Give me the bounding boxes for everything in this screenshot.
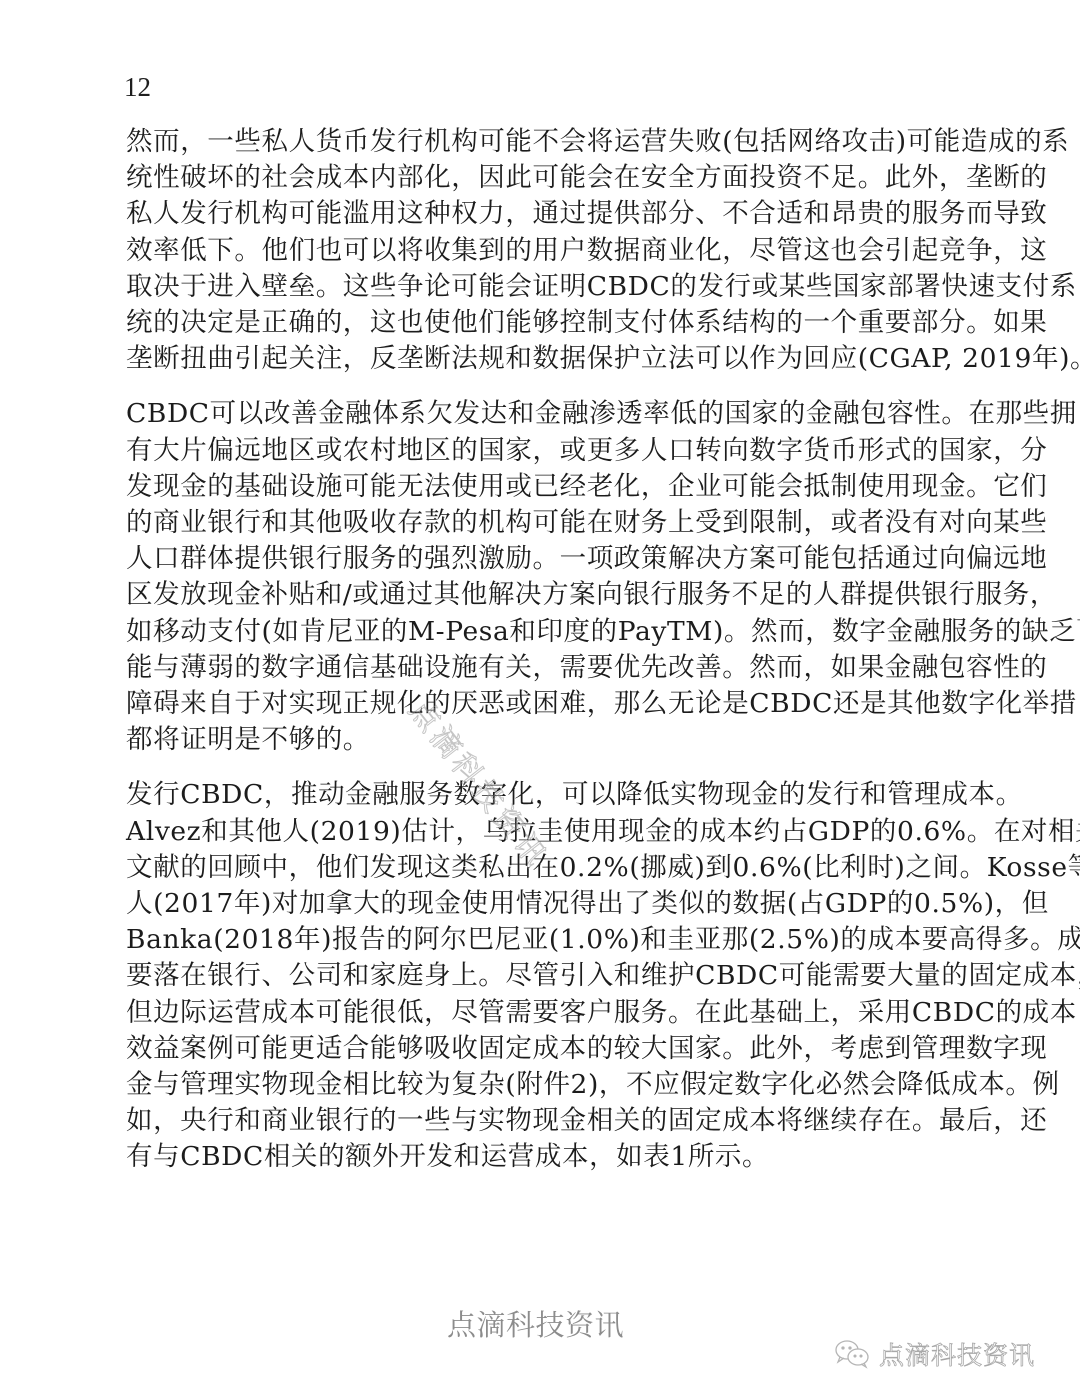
text-line: 如移动支付(如肯尼亚的M-Pesa和印度的PayTM)。然而，数字金融服务的缺乏…	[126, 614, 982, 650]
paragraph-cash-costs: 发行CBDC，推动金融服务数字化，可以降低实物现金的发行和管理成本。 Alvez…	[126, 777, 982, 1175]
text-line: 发行CBDC，推动金融服务数字化，可以降低实物现金的发行和管理成本。	[126, 777, 982, 813]
text-line: 取决于进入壁垒。这些争论可能会证明CBDC的发行或某些国家部署快速支付系	[126, 269, 982, 305]
text-line: 但边际运营成本可能很低，尽管需要客户服务。在此基础上，采用CBDC的成本	[126, 995, 982, 1031]
text-line: 区发放现金补贴和/或通过其他解决方案向银行服务不足的人群提供银行服务，	[126, 577, 982, 613]
footer-watermark: 点滴科技资讯	[447, 1303, 624, 1344]
text-line: 统的决定是正确的，这也使他们能够控制支付体系结构的一个重要部分。如果	[126, 305, 982, 341]
text-line: 能与薄弱的数字通信基础设施有关，需要优先改善。然而，如果金融包容性的	[126, 650, 982, 686]
document-body: 然而，一些私人货币发行机构可能不会将运营失败(包括网络攻击)可能造成的系 统性破…	[126, 124, 982, 1195]
text-line: Banka(2018年)报告的阿尔巴尼亚(1.0%)和圭亚那(2.5%)的成本要…	[126, 922, 982, 958]
paragraph-private-issuers: 然而，一些私人货币发行机构可能不会将运营失败(包括网络攻击)可能造成的系 统性破…	[126, 124, 982, 377]
text-line: 垄断扭曲引起关注，反垄断法规和数据保护立法可以作为回应(CGAP, 2019年)…	[126, 341, 982, 377]
wechat-icon	[833, 1338, 873, 1370]
text-line: 有与CBDC相关的额外开发和运营成本，如表1所示。	[126, 1139, 982, 1175]
wechat-account-name: 点滴科技资讯	[879, 1336, 1035, 1372]
text-line: 金与管理实物现金相比较为复杂(附件2)，不应假定数字化必然会降低成本。例	[126, 1067, 982, 1103]
text-line: 发现金的基础设施可能无法使用或已经老化，企业可能会抵制使用现金。它们	[126, 469, 982, 505]
paragraph-financial-inclusion: CBDC可以改善金融体系欠发达和金融渗透率低的国家的金融包容性。在那些拥 有大片…	[126, 396, 982, 758]
page-number: 12	[124, 72, 151, 102]
text-line: 的商业银行和其他吸收存款的机构可能在财务上受到限制，或者没有对向某些	[126, 505, 982, 541]
wechat-account-badge: 点滴科技资讯	[833, 1336, 1035, 1372]
text-line: 如，央行和商业银行的一些与实物现金相关的固定成本将继续存在。最后，还	[126, 1103, 982, 1139]
text-line: 人口群体提供银行服务的强烈激励。一项政策解决方案可能包括通过向偏远地	[126, 541, 982, 577]
text-line: 有大片偏远地区或农村地区的国家，或更多人口转向数字货币形式的国家，分	[126, 433, 982, 469]
text-line: 然而，一些私人货币发行机构可能不会将运营失败(包括网络攻击)可能造成的系	[126, 124, 982, 160]
text-line: CBDC可以改善金融体系欠发达和金融渗透率低的国家的金融包容性。在那些拥	[126, 396, 982, 432]
text-line: 效益案例可能更适合能够吸收固定成本的较大国家。此外，考虑到管理数字现	[126, 1031, 982, 1067]
text-line: 要落在银行、公司和家庭身上。尽管引入和维护CBDC可能需要大量的固定成本，	[126, 958, 982, 994]
text-line: 统性破坏的社会成本内部化，因此可能会在安全方面投资不足。此外，垄断的	[126, 160, 982, 196]
text-line: 文献的回顾中，他们发现这类私出在0.2%(挪威)到0.6%(比利时)之间。Kos…	[126, 850, 982, 886]
text-line: 人(2017年)对加拿大的现金使用情况得出了类似的数据(占GDP的0.5%)，但	[126, 886, 982, 922]
text-line: Alvez和其他人(2019)估计，乌拉圭使用现金的成本约占GDP的0.6%。在…	[126, 814, 982, 850]
text-line: 私人发行机构可能滥用这种权力，通过提供部分、不合适和昂贵的服务而导致	[126, 196, 982, 232]
text-line: 都将证明是不够的。	[126, 722, 982, 758]
text-line: 障碍来自于对实现正规化的厌恶或困难，那么无论是CBDC还是其他数字化举措	[126, 686, 982, 722]
text-line: 效率低下。他们也可以将收集到的用户数据商业化，尽管这也会引起竞争，这	[126, 233, 982, 269]
